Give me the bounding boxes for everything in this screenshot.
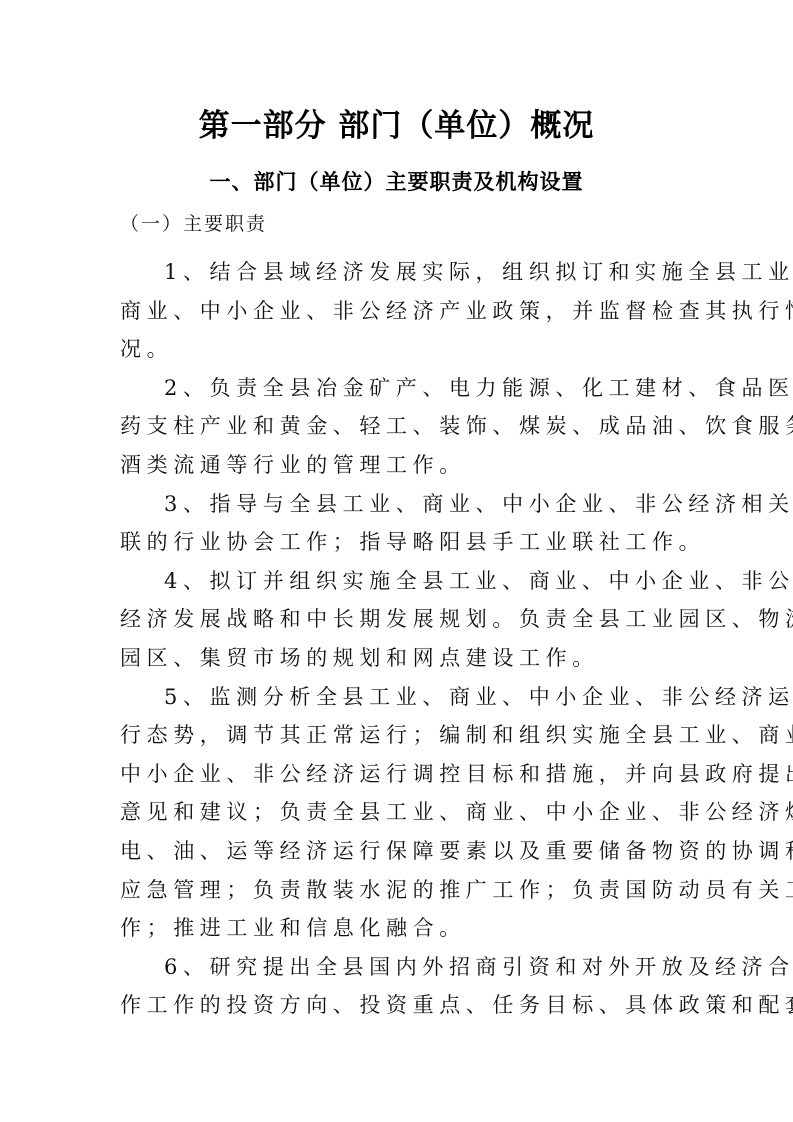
paragraph-line: 6、研究提出全县国内外招商引资和对外开放及经济合 [120,948,676,987]
paragraph-line: 4、拟订并组织实施全县工业、商业、中小企业、非公 [120,562,676,601]
document-body: 1、结合县域经济发展实际，组织拟订和实施全县工业、 商业、中小企业、非公经济产业… [120,253,676,1025]
paragraph-line: 应急管理；负责散装水泥的推广工作；负责国防动员有关工 [120,871,676,910]
paragraph-line: 行态势，调节其正常运行；编制和组织实施全县工业、商业、 [120,716,676,755]
paragraph-line: 作；推进工业和信息化融合。 [120,909,676,948]
paragraph-line: 中小企业、非公经济运行调控目标和措施，并向县政府提出 [120,755,676,794]
paragraph-line: 商业、中小企业、非公经济产业政策，并监督检查其执行情 [120,292,676,331]
document-page: 第一部分 部门（单位）概况 一、部门（单位）主要职责及机构设置 （一）主要职责 … [0,0,793,1122]
paragraph-line: 联的行业协会工作；指导略阳县手工业联社工作。 [120,523,676,562]
paragraph-2: 2、负责全县冶金矿产、电力能源、化工建材、食品医 药支柱产业和黄金、轻工、装饰、… [120,369,676,485]
paragraph-line: 况。 [120,330,676,369]
paragraph-6: 6、研究提出全县国内外招商引资和对外开放及经济合 作工作的投资方向、投资重点、任… [120,948,676,1025]
paragraph-line: 3、指导与全县工业、商业、中小企业、非公经济相关 [120,485,676,524]
section-title: 一、部门（单位）主要职责及机构设置 [0,167,793,197]
paragraph-1: 1、结合县域经济发展实际，组织拟订和实施全县工业、 商业、中小企业、非公经济产业… [120,253,676,369]
paragraph-line: 2、负责全县冶金矿产、电力能源、化工建材、食品医 [120,369,676,408]
paragraph-5: 5、监测分析全县工业、商业、中小企业、非公经济运 行态势，调节其正常运行；编制和… [120,678,676,948]
paragraph-line: 作工作的投资方向、投资重点、任务目标、具体政策和配套 [120,986,676,1025]
paragraph-line: 园区、集贸市场的规划和网点建设工作。 [120,639,676,678]
document-title: 第一部分 部门（单位）概况 [0,106,793,146]
paragraph-3: 3、指导与全县工业、商业、中小企业、非公经济相关 联的行业协会工作；指导略阳县手… [120,485,676,562]
paragraph-line: 意见和建议；负责全县工业、商业、中小企业、非公经济煤、 [120,793,676,832]
paragraph-line: 经济发展战略和中长期发展规划。负责全县工业园区、物流 [120,600,676,639]
paragraph-line: 药支柱产业和黄金、轻工、装饰、煤炭、成品油、饮食服务、 [120,407,676,446]
paragraph-line: 酒类流通等行业的管理工作。 [120,446,676,485]
paragraph-line: 5、监测分析全县工业、商业、中小企业、非公经济运 [120,678,676,717]
paragraph-line: 1、结合县域经济发展实际，组织拟订和实施全县工业、 [120,253,676,292]
paragraph-4: 4、拟订并组织实施全县工业、商业、中小企业、非公 经济发展战略和中长期发展规划。… [120,562,676,678]
subsection-heading: （一）主要职责 [120,210,267,238]
paragraph-line: 电、油、运等经济运行保障要素以及重要储备物资的协调和 [120,832,676,871]
